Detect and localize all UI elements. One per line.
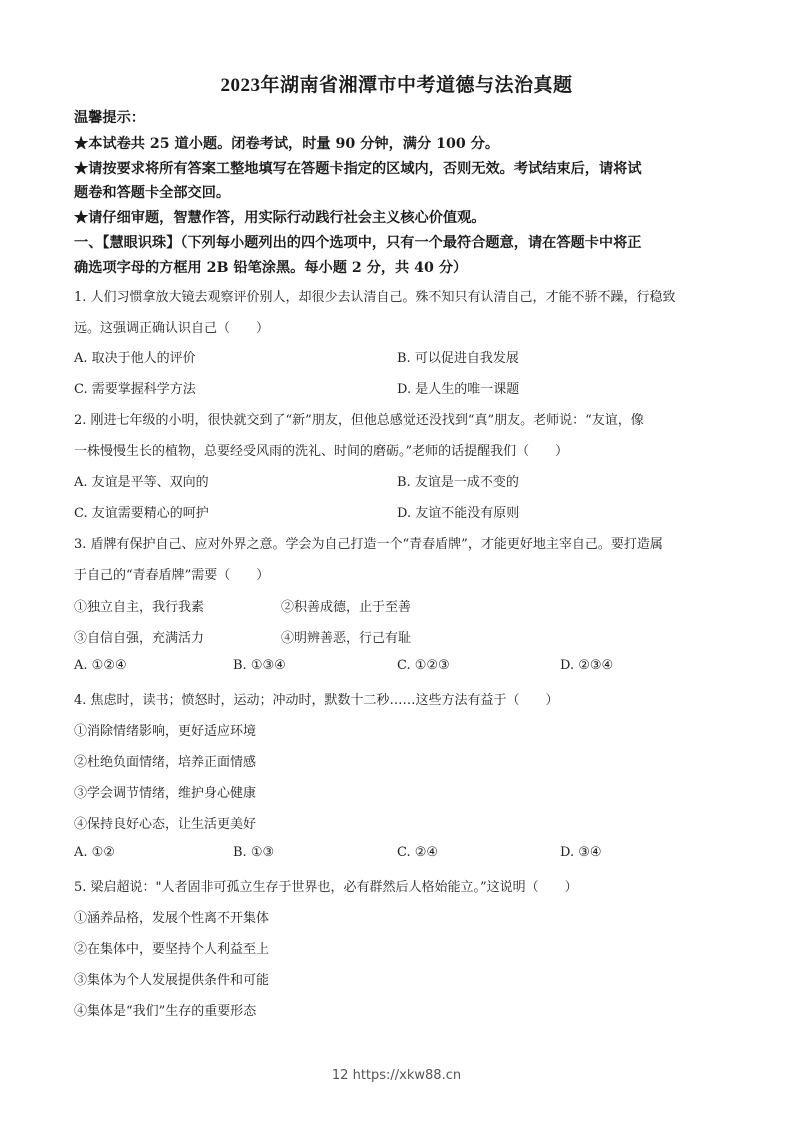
question-3-option-d: D. ②③④ [560,658,613,673]
question-4-option-c: C. ②④ [397,845,438,860]
question-3-statement-2: ②积善成德，止于至善 [281,596,411,615]
page-footer: 12 https://xkw88.cn [0,1068,793,1083]
question-3-statement-1: ①独立自主，我行我素 [74,596,204,615]
question-4-statement-1: ①消除情绪影响，更好适应环境 [74,720,256,739]
exam-page: 2023年湖南省湘潭市中考道德与法治真题 温馨提示： ★本试卷共 25 道小题。… [0,0,793,1122]
question-4-statement-4: ④保持良好心态，让生活更美好 [74,813,256,832]
question-4-option-a: A. ①② [74,845,115,860]
question-4-option-b: B. ①③ [233,845,274,860]
question-3-statement-4: ④明辨善恶，行己有耻 [281,627,411,646]
notice-heading: 温馨提示： [74,107,145,127]
question-2-option-a: A. 友谊是平等、双向的 [74,471,209,490]
question-3-option-c: C. ①②③ [397,658,450,673]
question-4-statement-2: ②杜绝负面情绪，培养正面情感 [74,751,256,770]
question-3-stem: 3. 盾牌有保护自己、应对外界之意。学会为自己打造一个“青春盾牌”，才能更好地主… [74,533,663,552]
question-4-stem: 4. 焦虑时，读书；愤怒时，运动；冲动时，默数十二秒……这些方法有益于（ ） [74,689,559,708]
question-1-stem-cont: 远。这强调正确认识自己（ ） [74,317,269,336]
section-heading: 一、【慧眼识珠】（下列每小题列出的四个选项中，只有一个最符合题意，请在答题卡中将… [74,232,642,252]
question-5-statement-3: ③集体为个人发展提供条件和可能 [74,969,269,988]
question-5-statement-1: ①涵养品格，发展个性离不开集体 [74,907,269,926]
question-2-option-b: B. 友谊是一成不变的 [397,471,519,490]
question-5-statement-2: ②在集体中，要坚持个人利益至上 [74,938,269,957]
question-5-stem: 5. 梁启超说："人者固非可孤立生存于世界也，必有群然后人格始能立。”这说明（ … [74,876,578,895]
question-1-option-a: A. 取决于他人的评价 [74,347,196,366]
notice-item: ★本试卷共 25 道小题。闭卷考试，时量 90 分钟，满分 100 分。 [74,133,499,153]
question-4-statement-3: ③学会调节情绪，维护身心健康 [74,782,256,801]
question-2-stem: 2. 刚进七年级的小明，很快就交到了“新”朋友，但他总感觉还没找到“真”朋友。老… [74,409,644,428]
question-5-statement-4: ④集体是“我们”生存的重要形态 [74,1000,256,1019]
question-3-option-a: A. ①②④ [74,658,127,673]
notice-item: 题卷和答题卡全部交回。 [74,182,230,202]
question-2-option-c: C. 友谊需要精心的呵护 [74,502,209,521]
question-3-statement-3: ③自信自强，充满活力 [74,627,204,646]
section-heading-cont: 确选项字母的方框用 2B 铅笔涂黑。每小题 2 分，共 40 分） [74,257,467,277]
question-4-option-d: D. ③④ [560,845,602,860]
question-1-option-d: D. 是人生的唯一课题 [397,378,519,397]
question-3-option-b: B. ①③④ [233,658,286,673]
question-1-option-c: C. 需要掌握科学方法 [74,378,196,397]
question-3-stem-cont: 于自己的“青春盾牌”需要（ ） [74,564,269,583]
question-1-stem: 1. 人们习惯拿放大镜去观察评价别人，却很少去认清自己。殊不知只有认清自己，才能… [74,286,676,305]
page-title: 2023年湖南省湘潭市中考道德与法治真题 [0,70,793,97]
notice-item: ★请按要求将所有答案工整地填写在答题卡指定的区域内，否则无效。考试结束后，请将试 [74,158,642,178]
notice-item: ★请仔细审题，智慧作答，用实际行动践行社会主义核心价值观。 [74,207,485,227]
question-2-option-d: D. 友谊不能没有原则 [397,502,519,521]
question-2-stem-cont: 一株慢慢生长的植物，总要经受风雨的洗礼、时间的磨砺。”老师的话提醒我们（ ） [74,440,568,459]
question-1-option-b: B. 可以促进自我发展 [397,347,519,366]
